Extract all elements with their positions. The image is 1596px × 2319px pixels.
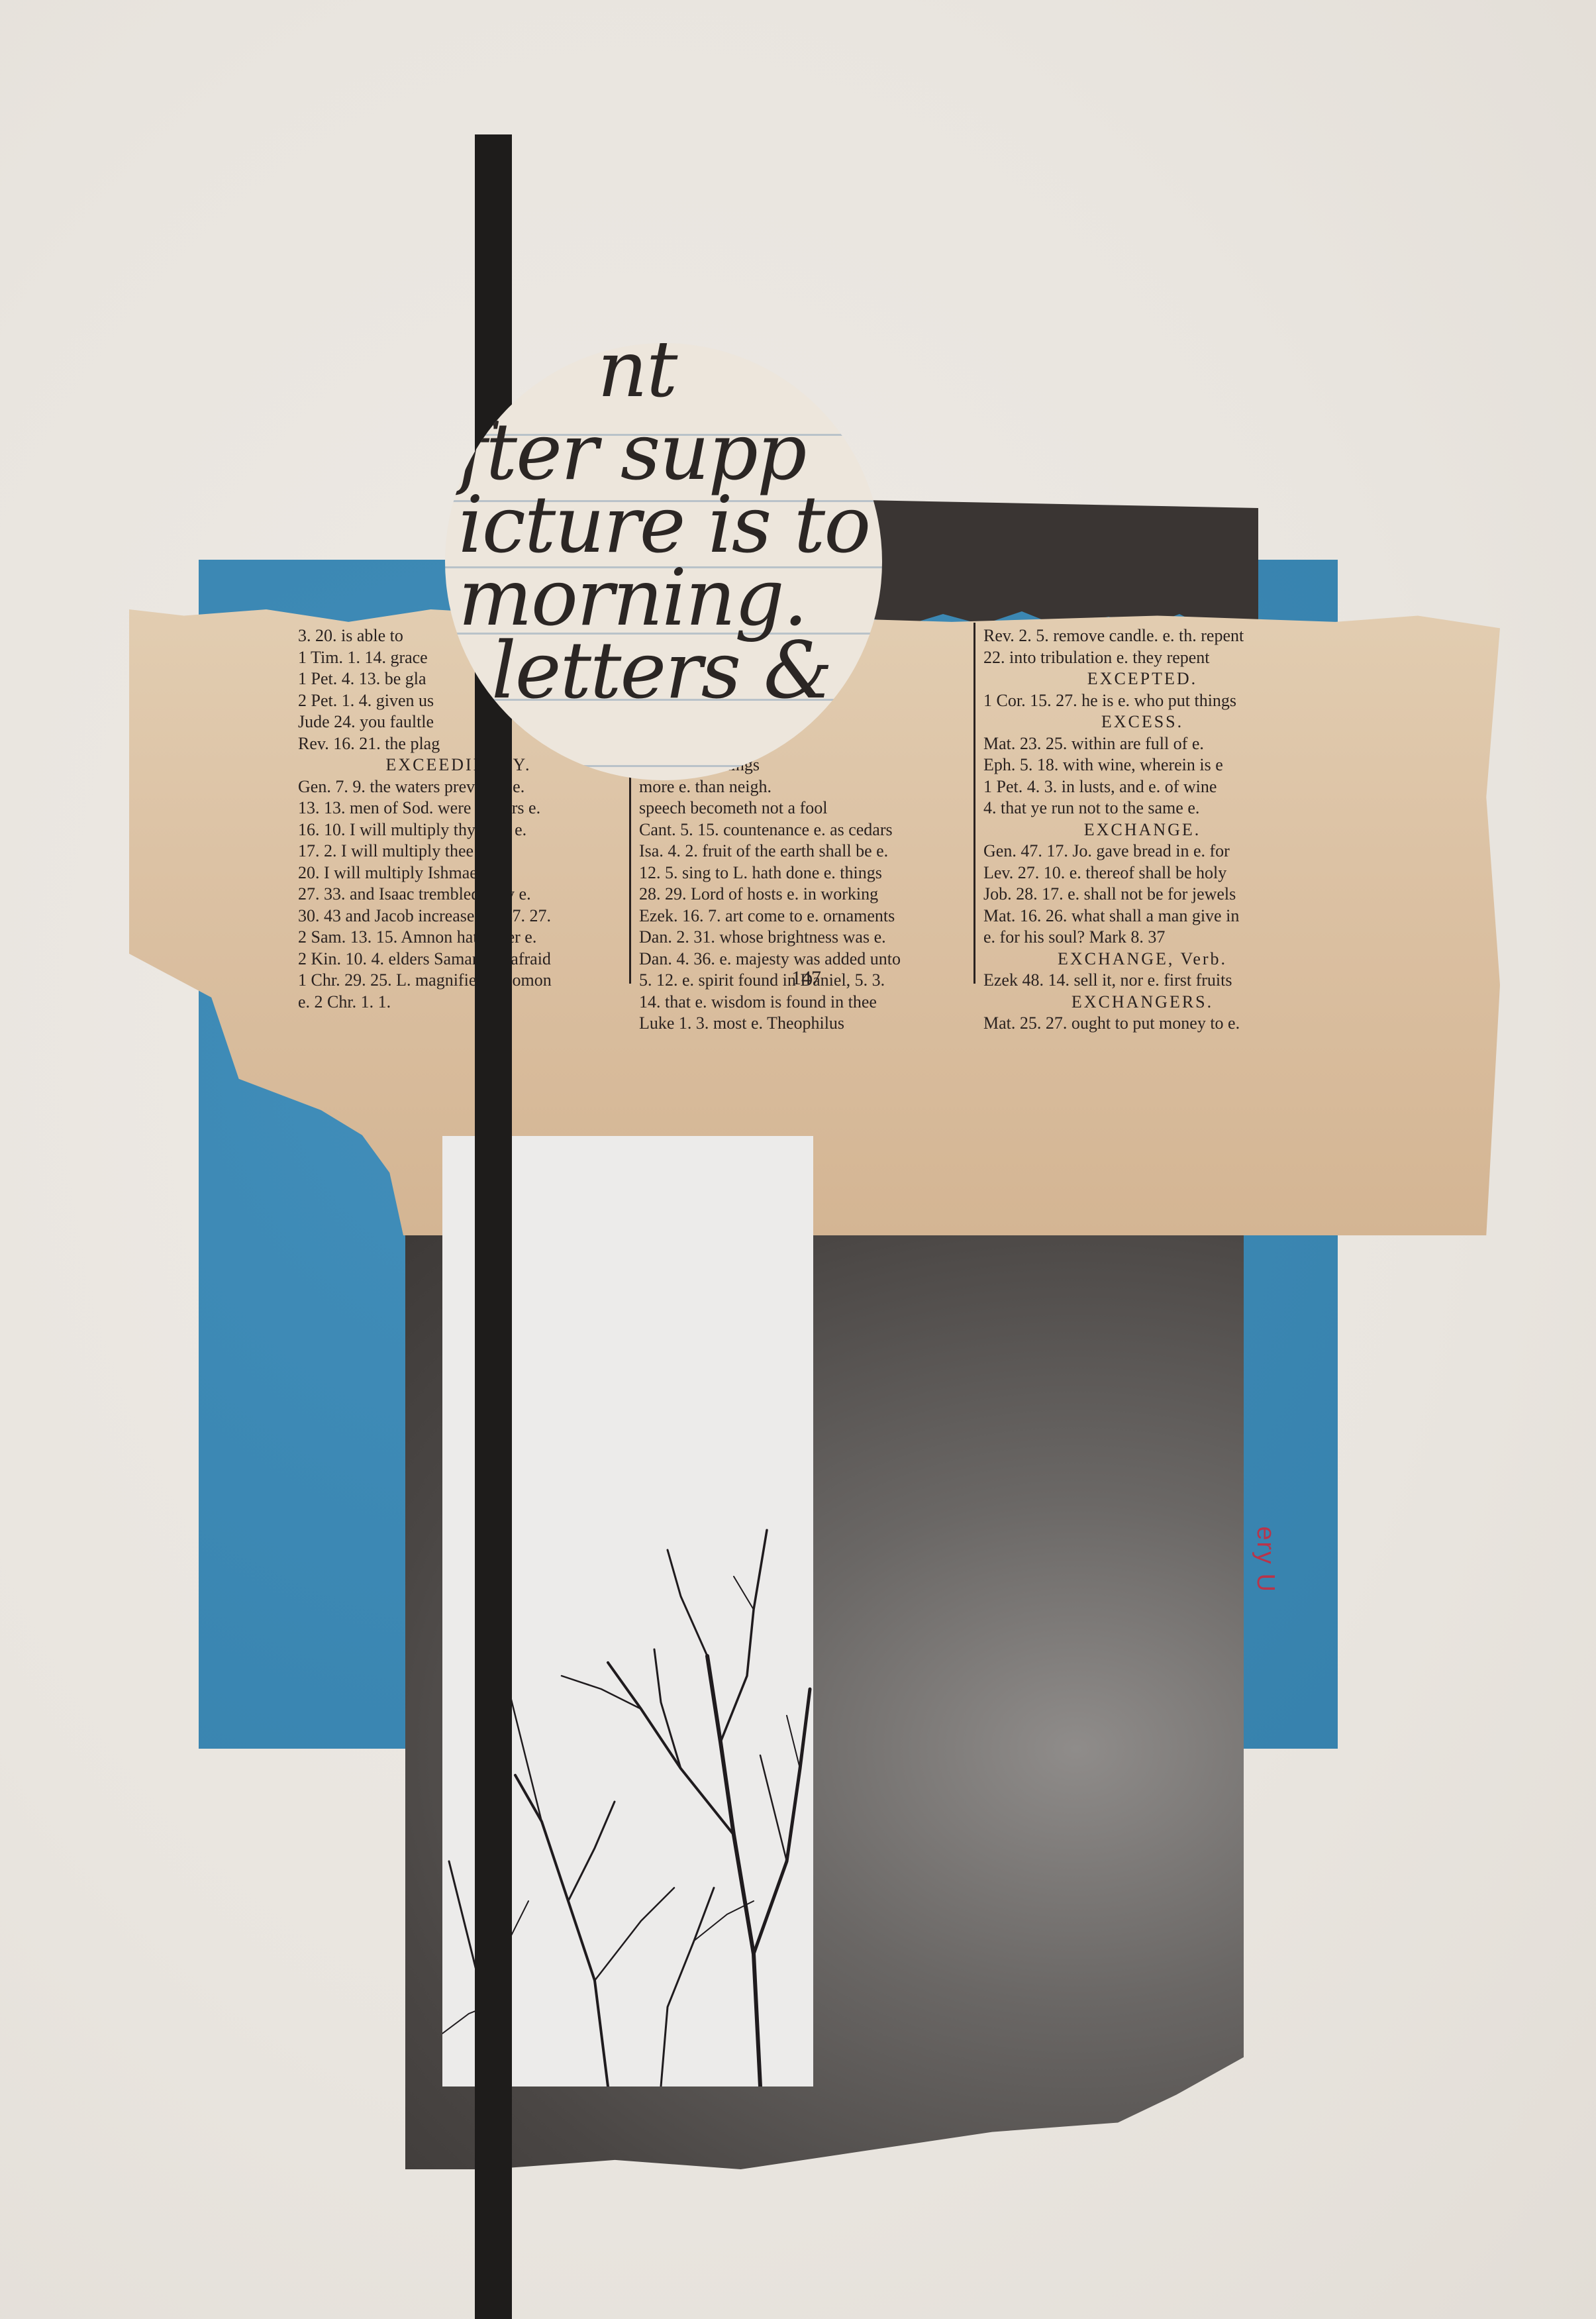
entry-heading: EXCHANGE. — [983, 819, 1301, 841]
page-number: 147 — [791, 967, 821, 990]
concordance-entry: Gen. 7. 9. the waters prevailed e. — [298, 776, 619, 798]
concordance-entry: 13. 13. men of Sod. were sinners e. — [298, 798, 619, 819]
concordance-entry: 1 Pet. 4. 3. in lusts, and e. of wine — [983, 776, 1301, 798]
entry-heading: EXCHANGE, Verb. — [983, 949, 1301, 970]
concordance-entry: Cant. 5. 15. countenance e. as cedars — [639, 819, 957, 841]
entry-heading: EXCESS. — [983, 711, 1301, 733]
concordance-entry: 20. I will multiply Ishmael e. a — [298, 862, 619, 884]
concordance-entry: e. 2 Chr. 1. 1. — [298, 992, 619, 1013]
concordance-entry: 4. that ye run not to the same e. — [983, 798, 1301, 819]
concordance-entry: e. for his soul? Mark 8. 37 — [983, 927, 1301, 949]
handwriting-line: nt — [597, 343, 676, 415]
handwritten-letter-circle: nt fter supp icture is to morning. lette… — [445, 343, 882, 780]
concordance-entry: 28. 29. Lord of hosts e. in working — [639, 884, 957, 905]
concordance-column-3: Rev. 2. 5. remove candle. e. th. repent2… — [983, 625, 1301, 1035]
concordance-entry: Job. 28. 17. e. shall not be for jewels — [983, 884, 1301, 905]
entry-heading: EXCEPTED. — [983, 668, 1301, 690]
concordance-entry: Dan. 2. 31. whose brightness was e. — [639, 927, 957, 949]
concordance-entry: Mat. 16. 26. what shall a man give in — [983, 905, 1301, 927]
concordance-entry: Luke 1. 3. most e. Theophilus — [639, 1013, 957, 1035]
concordance-entry: Lev. 27. 10. e. thereof shall be holy — [983, 862, 1301, 884]
concordance-entry: Gen. 47. 17. Jo. gave bread in e. for — [983, 841, 1301, 862]
concordance-entry: 2 Kin. 10. 4. elders Samaria e. afraid — [298, 949, 619, 970]
concordance-entry: 14. that e. wisdom is found in thee — [639, 992, 957, 1013]
concordance-entry: more e. than neigh. — [639, 776, 957, 798]
concordance-entry: 17. 2. I will multiply thee e — [298, 841, 619, 862]
concordance-entry: Ezek 48. 14. sell it, nor e. first fruit… — [983, 970, 1301, 992]
concordance-entry: speech becometh not a fool — [639, 798, 957, 819]
red-printed-mark: ery U — [1251, 1526, 1279, 1593]
concordance-entry: 30. 43 and Jacob increased e. 47. 27. — [298, 905, 619, 927]
concordance-entry: 2 Sam. 13. 15. Amnon hated her e. — [298, 927, 619, 949]
concordance-entry: 1 Cor. 15. 27. he is e. who put things — [983, 690, 1301, 712]
concordance-entry: Mat. 25. 27. ought to put money to e. — [983, 1013, 1301, 1035]
concordance-entry: Eph. 5. 18. with wine, wherein is e — [983, 754, 1301, 776]
concordance-entry: 12. 5. sing to L. hath done e. things — [639, 862, 957, 884]
concordance-entry: Rev. 2. 5. remove candle. e. th. repent — [983, 625, 1301, 647]
concordance-entry: Ezek. 16. 7. art come to e. ornaments — [639, 905, 957, 927]
concordance-entry: Mat. 23. 25. within are full of e. — [983, 733, 1301, 755]
column-rule — [973, 623, 975, 984]
dark-torn-paper — [864, 500, 1258, 633]
concordance-entry: Isa. 4. 2. fruit of the earth shall be e… — [639, 841, 957, 862]
concordance-entry: 22. into tribulation e. they repent — [983, 647, 1301, 669]
handwriting-line: letters & — [491, 625, 832, 716]
concordance-entry: 16. 10. I will multiply thy seed e. — [298, 819, 619, 841]
concordance-entry: 27. 33. and Isaac trembled very e. — [298, 884, 619, 905]
entry-heading: EXCHANGERS. — [983, 992, 1301, 1013]
concordance-entry: 1 Chr. 29. 25. L. magnified Solomon — [298, 970, 619, 992]
